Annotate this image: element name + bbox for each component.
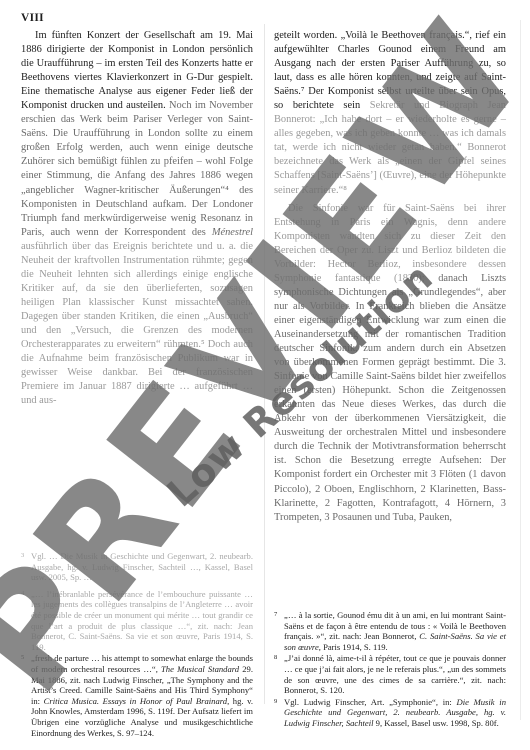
- footnote-mark: 8: [274, 653, 277, 664]
- page-edge-line: [520, 20, 521, 720]
- footnote-text-part: The Musical Standard: [161, 664, 239, 674]
- footnote-5: 5 „fresh de parture … his attempt to som…: [21, 653, 253, 738]
- footnote-9: 9 Vgl. Ludwig Finscher, Art. „Symphonie“…: [274, 697, 506, 729]
- footnote-text-part: Critica Musica. Essays in Honor of Paul …: [44, 696, 227, 706]
- right-footnotes: 7 „… à la sortie, Gounod ému dit à un am…: [274, 610, 506, 730]
- footnote-text: Vgl. … Die Musik in Geschichte und Gegen…: [31, 551, 253, 582]
- right-paragraph-2-faded: Die Sinfonie war für Saint-Saëns bei ihr…: [274, 203, 506, 284]
- right-paragraph-2-mid: danach Liszts symphonische Dichtungen al…: [274, 273, 506, 523]
- right-column-body: geteilt worden. „Voilà le Beethoven fran…: [274, 29, 506, 525]
- book-page: VIII Im fünften Konzert der Gesellschaft…: [0, 0, 530, 750]
- footnote-mark: 3: [21, 551, 24, 562]
- left-column-body: Im fünften Konzert der Gesellschaft am 1…: [21, 29, 253, 408]
- footnote-text-part: Vgl. Ludwig Finscher, Art. „Symphonie“, …: [284, 697, 457, 707]
- footnote-mark: 7: [274, 610, 277, 621]
- left-paragraph-1-journal: Ménestrel: [212, 227, 253, 238]
- left-paragraph-1: Im fünften Konzert der Gesellschaft am 1…: [21, 29, 253, 408]
- left-paragraph-1-cont: Noch im November erschien das Werk beim …: [21, 100, 253, 237]
- footnote-text-part: 9, Kassel, Basel usw. 1998, Sp. 80f.: [374, 718, 499, 728]
- page-number: VIII: [21, 12, 44, 24]
- footnote-text-part: „J’ai donné là, aime-t-il à répéter, tou…: [284, 653, 506, 695]
- left-paragraph-1-tail: ausführlich über das Ereignis berichtete…: [21, 241, 253, 407]
- footnote-8: 8 „J’ai donné là, aime-t-il à répéter, t…: [274, 653, 506, 695]
- footnote-mark: 9: [274, 697, 277, 708]
- footnote-3: 3 Vgl. … Die Musik in Geschichte und Geg…: [21, 551, 253, 583]
- right-paragraph-1: geteilt worden. „Voilà le Beethoven fran…: [274, 29, 506, 198]
- left-footnotes: 3 Vgl. … Die Musik in Geschichte und Geg…: [21, 551, 253, 739]
- footnote-mark: 5: [21, 653, 24, 664]
- footnote-mark: 4: [21, 589, 24, 600]
- footnote-4: 4 „… l’inébranlable persévérance de l’em…: [21, 589, 253, 653]
- right-paragraph-1-faded: Sekretär und Biograph Jean Bonnerot: „Ic…: [274, 100, 506, 195]
- footnote-text-part: , Paris 1914, S. 119.: [319, 642, 388, 652]
- right-paragraph-2: Die Sinfonie war für Saint-Saëns bei ihr…: [274, 202, 506, 525]
- footnote-text: „… l’inébranlable persévérance de l’embo…: [31, 589, 253, 652]
- footnote-7: 7 „… à la sortie, Gounod ému dit à un am…: [274, 610, 506, 652]
- column-divider: [264, 24, 265, 704]
